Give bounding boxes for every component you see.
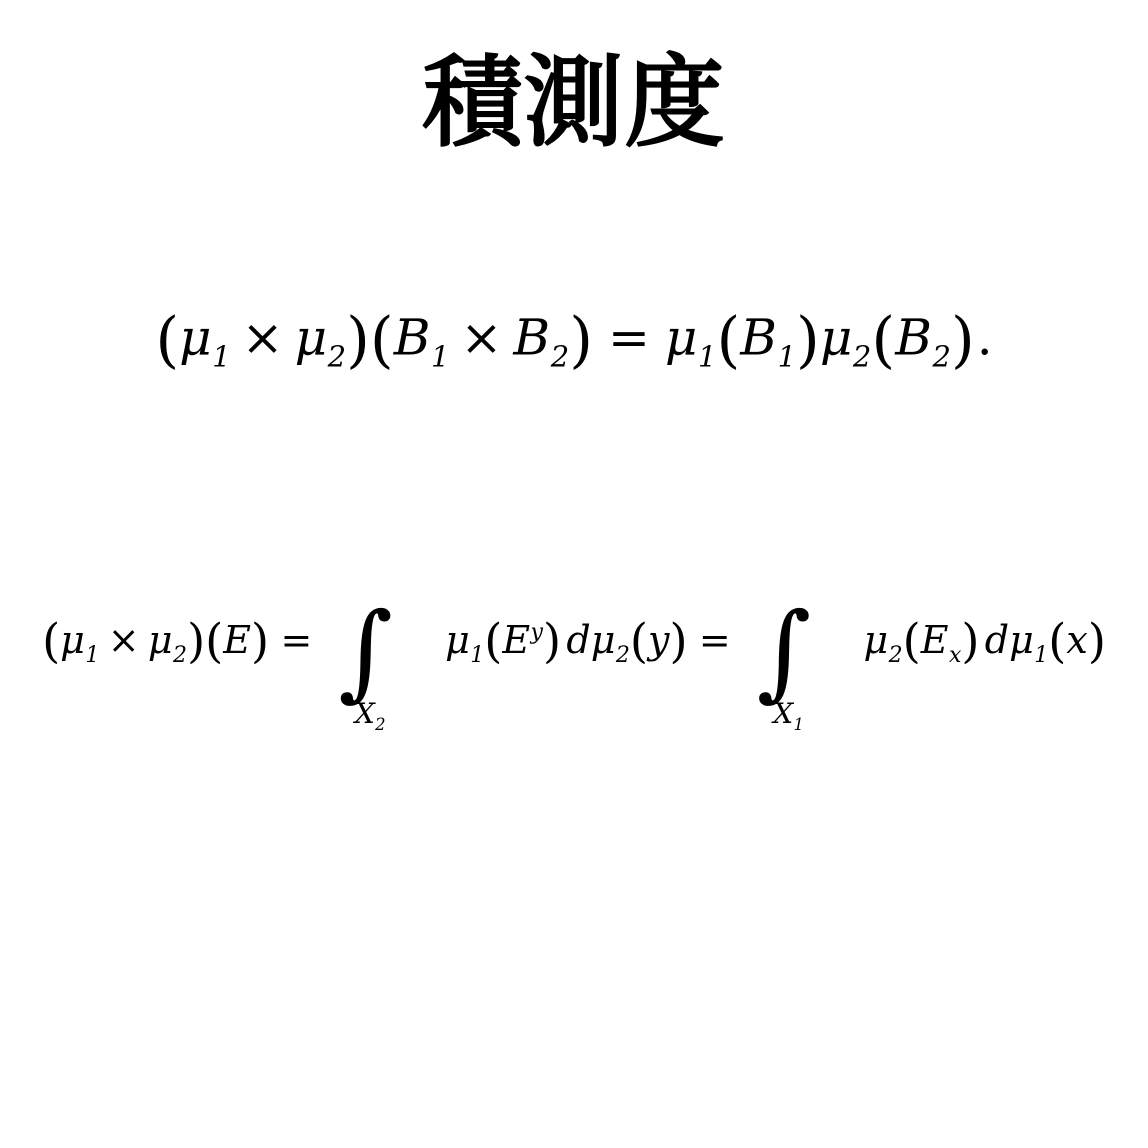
parenthesis: (	[205, 615, 223, 669]
parenthesis: (	[370, 305, 394, 376]
equals-sign: =	[281, 618, 313, 662]
parenthesis: )	[951, 305, 975, 376]
parenthesis: )	[543, 615, 561, 669]
integral-sign: ∫X1	[757, 597, 811, 707]
subscript: 2	[551, 339, 569, 373]
integral-lower-limit: X1	[773, 700, 804, 733]
parenthesis: )	[669, 615, 687, 669]
equation-product-measure-rectangles: (μ1×μ2)(B1×B2)=μ1(B1)μ2(B2).	[0, 305, 1148, 376]
parenthesis: (	[42, 615, 60, 669]
math-variable: E	[223, 618, 251, 662]
subscript: 2	[328, 339, 346, 373]
subscript: 1	[698, 339, 716, 373]
parenthesis: (	[871, 305, 895, 376]
math-variable: y	[648, 618, 669, 662]
math-variable: μ1	[179, 308, 231, 373]
subscript: 1	[431, 339, 449, 373]
math-variable: μ2	[148, 618, 187, 668]
differential-d: d	[566, 618, 590, 662]
math-variable: μ2	[820, 308, 872, 373]
subscript: 2	[933, 339, 951, 373]
parenthesis: )	[796, 305, 820, 376]
subscript: 2	[616, 643, 630, 668]
subscript: 1	[794, 717, 804, 733]
differential-d: d	[985, 618, 1009, 662]
subscript: 1	[212, 339, 230, 373]
parenthesis: (	[484, 615, 502, 669]
parenthesis: (	[716, 305, 740, 376]
subscript: 2	[853, 339, 871, 373]
parenthesis: )	[1088, 615, 1106, 669]
parenthesis: (	[155, 305, 179, 376]
times-operator: ×	[242, 308, 284, 366]
subscript: 1	[85, 643, 99, 668]
parenthesis: (	[630, 615, 648, 669]
math-variable: μ1	[445, 618, 484, 668]
parenthesis: )	[346, 305, 370, 376]
equals-sign: =	[699, 618, 731, 662]
math-variable: μ1	[665, 308, 717, 373]
integral-sign: ∫X2	[338, 597, 392, 707]
parenthesis: )	[961, 615, 979, 669]
parenthesis: )	[187, 615, 205, 669]
math-variable: Ey	[502, 618, 543, 662]
math-variable: B1	[394, 308, 450, 373]
subscript: 2	[173, 643, 187, 668]
period: .	[977, 308, 993, 366]
times-operator: ×	[108, 618, 140, 662]
math-variable: μ2	[591, 618, 630, 668]
page-title: 積測度	[0, 44, 1148, 162]
integral-lower-limit: X2	[355, 700, 386, 733]
subscript: 2	[889, 643, 903, 668]
math-variable: B2	[513, 308, 569, 373]
parenthesis: (	[1048, 615, 1066, 669]
subscript: 1	[470, 643, 484, 668]
slide-page: 積測度 (μ1×μ2)(B1×B2)=μ1(B1)μ2(B2). (μ1×μ2)…	[0, 0, 1148, 1148]
subscript: x	[949, 643, 961, 668]
subscript: 1	[1034, 643, 1048, 668]
parenthesis: (	[903, 615, 921, 669]
math-variable: Ex	[921, 618, 962, 668]
math-variable: x	[1066, 618, 1087, 662]
math-variable: B2	[895, 308, 951, 373]
subscript: 1	[778, 339, 796, 373]
equals-sign: =	[608, 308, 650, 366]
parenthesis: )	[251, 615, 269, 669]
superscript: y	[531, 620, 543, 645]
parenthesis: )	[569, 305, 593, 376]
equation-product-measure-iterated-integral: (μ1×μ2)(E)=∫X2μ1(Ey)dμ2(y)=∫X1μ2(Ex)dμ1(…	[0, 597, 1148, 707]
math-variable: B1	[740, 308, 796, 373]
times-operator: ×	[461, 308, 503, 366]
math-variable: μ2	[295, 308, 347, 373]
math-variable: μ1	[1009, 618, 1048, 668]
subscript: 2	[375, 717, 385, 733]
math-variable: μ2	[863, 618, 902, 668]
math-variable: μ1	[60, 618, 99, 668]
